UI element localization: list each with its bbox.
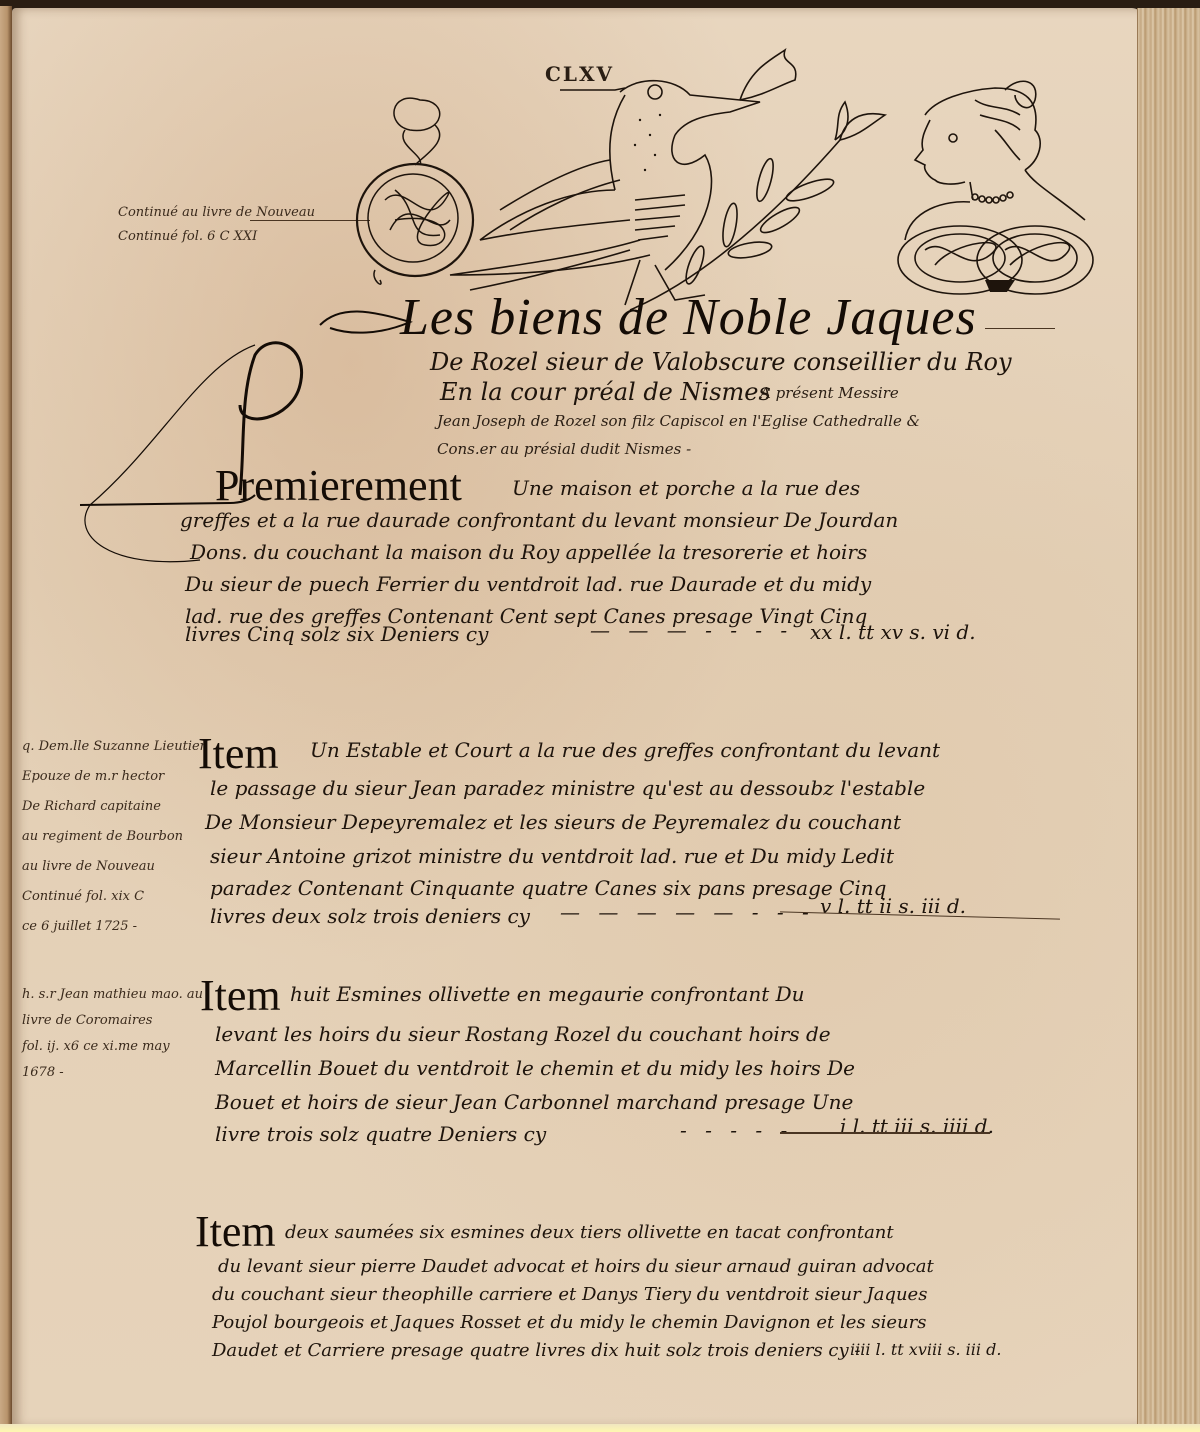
entry-line: sieur Antoine grizot ministre du ventdro… [210, 844, 894, 868]
entry-line-last: livres Cinq solz six Deniers cy [185, 622, 488, 646]
entry-line: paradez Contenant Cinquante quatre Canes… [210, 876, 886, 900]
margin-note-line: Continué fol. xix C [22, 882, 206, 912]
page-bottom-edge [0, 1424, 1200, 1432]
manuscript-book: CLXV Continué au livre de Nouveau Contin… [0, 0, 1200, 1432]
margin-rule [250, 220, 370, 221]
sum-underline [780, 1132, 990, 1134]
decorated-initial-p [80, 335, 340, 575]
entry-dash-leader: — — — - - - - [590, 618, 793, 642]
entry-sum: i l. tt iii s. iiii d. [840, 1114, 994, 1138]
entry-line: le passage du sieur Jean paradez ministr… [210, 776, 925, 800]
entry-line: huit Esmines ollivette en megaurie confr… [290, 982, 805, 1006]
margin-note-line: fol. ij. x6 ce xi.me may [22, 1034, 203, 1060]
title-addendum-inline: A présent Messire [760, 384, 899, 402]
entry-line: Dons. du couchant la maison du Roy appel… [190, 540, 867, 564]
entry-sum: iiii l. tt xviii s. iii d. [850, 1340, 1001, 1359]
entry-line: Bouet et hoirs de sieur Jean Carbonnel m… [215, 1090, 853, 1114]
margin-note-line: livre de Coromaires [22, 1008, 203, 1034]
entry-sum: xx l. tt xv s. vi d. [810, 620, 976, 644]
bird-illustration [440, 40, 890, 320]
entry-line: Une maison et porche a la rue des [512, 476, 860, 500]
title-rule [985, 328, 1055, 329]
title-flourish [320, 300, 420, 340]
page-stack-edges [1137, 8, 1200, 1432]
margin-note-line: h. s.r Jean mathieu mao. au [22, 982, 203, 1008]
title-addendum-line-1: Jean Joseph de Rozel son filz Capiscol e… [437, 412, 920, 430]
margin-note-line: ce 6 juillet 1725 - [22, 912, 206, 942]
entry-margin-note: q. Dem.lle Suzanne Lieutier Epouze de m.… [22, 732, 206, 942]
page-title: Les biens de Noble Jaques [400, 288, 977, 347]
entry-line: De Monsieur Depeyremalez et les sieurs d… [205, 810, 901, 834]
entry-dash-leader: — — — — — - - - [560, 900, 815, 924]
entry-line: deux saumées six esmines deux tiers olli… [285, 1222, 894, 1243]
woman-portrait-illustration [895, 60, 1095, 300]
entry-head-item: Item [195, 1206, 276, 1257]
title-line-1: De Rozel sieur de Valobscure conseillier… [430, 348, 1012, 376]
margin-note-line: au regiment de Bourbon [22, 822, 206, 852]
entry-line: levant les hoirs du sieur Rostang Rozel … [215, 1022, 831, 1046]
entry-line-last: livre trois solz quatre Deniers cy [215, 1122, 546, 1146]
entry-margin-note: h. s.r Jean mathieu mao. au livre de Cor… [22, 982, 203, 1086]
entry-head-item: Item [198, 728, 279, 779]
previous-page-edge [0, 6, 12, 1432]
entry-dash-leader: - - - - - [680, 1118, 793, 1142]
entry-line-last: Daudet et Carriere presage quatre livres… [212, 1340, 860, 1361]
margin-note-line: q. Dem.lle Suzanne Lieutier [22, 732, 206, 762]
entry-head-premierement: Premierement [215, 460, 462, 511]
top-margin-note: Continué au livre de Nouveau Continué fo… [118, 198, 315, 252]
entry-line: du couchant sieur theophille carriere et… [212, 1284, 927, 1305]
title-line-2: En la cour préal de Nismes [440, 378, 771, 406]
entry-line: Poujol bourgeois et Jaques Rosset et du … [212, 1312, 926, 1333]
entry-line: greffes et a la rue daurade confrontant … [180, 508, 898, 532]
margin-note-line: 1678 - [22, 1060, 203, 1086]
margin-note-line: De Richard capitaine [22, 792, 206, 822]
margin-note-line: Epouze de m.r hector [22, 762, 206, 792]
margin-note-line: au livre de Nouveau [22, 852, 206, 882]
title-addendum-line-2: Cons.er au présial dudit Nismes - [437, 440, 691, 458]
entry-line-last: livres deux solz trois deniers cy [210, 904, 530, 928]
entry-line: Marcellin Bouet du ventdroit le chemin e… [215, 1056, 855, 1080]
entry-line: Un Estable et Court a la rue des greffes… [310, 738, 940, 762]
entry-head-item: Item [200, 970, 281, 1021]
entry-line: du levant sieur pierre Daudet advocat et… [218, 1256, 934, 1277]
entry-line: Du sieur de puech Ferrier du ventdroit l… [185, 572, 871, 596]
